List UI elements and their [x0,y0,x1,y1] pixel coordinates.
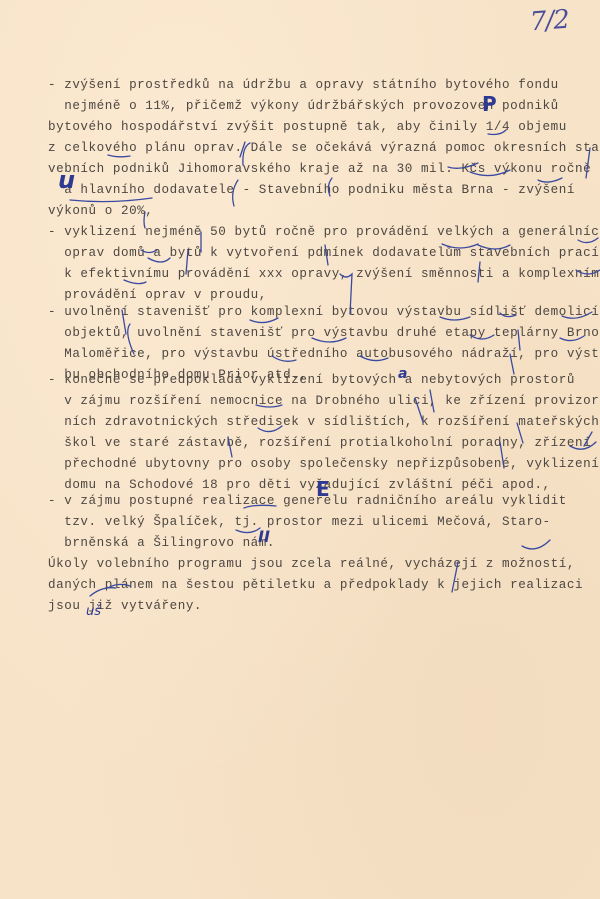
handwritten-a-insert: a [398,366,407,382]
text-line: domu na Schodové 18 pro děti vyžadující … [48,479,551,492]
text-line: přechodné ubytovny pro osoby společensky… [48,458,599,471]
text-line: Maloměřice, pro výstavbu ústředního auto… [48,348,600,361]
text-line: - konečně se předpokládá vyklizení bytov… [48,374,575,387]
text-line: objektů, uvolnění stavenišť pro výstavbu… [48,327,600,340]
text-line: ních zdravotnických středisek v sídliští… [48,416,599,429]
text-line: oprav domů a bytů k vytvoření pdmínek do… [48,247,599,260]
text-line: v zájmu rozšíření nemocnice na Drobného … [48,395,600,408]
text-line: z celkového plánu oprav. Dále se očekává… [48,142,600,155]
text-line: daných plánem na šestou pětiletku a před… [48,579,583,592]
text-line: brněnská a Šilingrovo nám. [48,537,275,550]
text-line: Úkoly volebního programu jsou zcela reál… [48,558,575,571]
handwritten-u-mark: u [58,166,75,194]
handwritten-us-mark: uš [86,604,101,619]
text-line: výkonů o 20%, [48,205,153,218]
text-line: a hlavního dodavatele - Stavebního podni… [48,184,575,197]
text-line: škol ve staré zástavbě, rozšíření protia… [48,437,591,450]
text-line: jsou již vytvářeny. [48,600,202,613]
text-line: vebních podniků Jihomoravského kraje až … [48,163,591,176]
text-line: - zvýšení prostředků na údržbu a opravy … [48,79,559,92]
handwritten-p-mark: P [482,92,497,116]
text-line: bytového hospodářství zvýšit postupně ta… [48,121,567,134]
text-line: - vyklizení nejméně 50 bytů ročně pro pr… [48,226,600,239]
text-line: tzv. velký Špalíček, tj. prostor mezi ul… [48,516,551,529]
text-line: k efektivnímu provádění xxx opravy, zvýš… [48,268,600,281]
handwritten-e-mark: E [316,477,330,501]
text-line: provádění oprav v proudu, [48,289,267,302]
text-line: - uvolnění stavenišť pro komplexní bytov… [48,306,599,319]
text-line: - v zájmu postupné realizace generelu ra… [48,495,567,508]
handwritten-ii-mark: II [258,527,270,546]
page-number: 7/2 [529,5,570,38]
